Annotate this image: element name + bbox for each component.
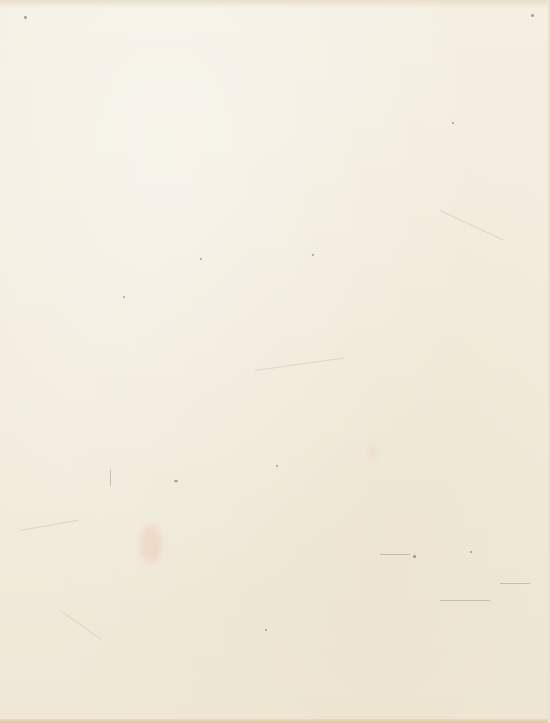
paper-speck — [470, 551, 472, 553]
paper-speck — [531, 14, 534, 17]
paper-top-edge — [0, 0, 548, 8]
paper-speck — [174, 480, 178, 482]
paper-bottom-edge — [0, 719, 548, 723]
paper-crease — [20, 520, 79, 531]
paper-speck — [276, 465, 278, 467]
paper-crease — [60, 610, 102, 639]
blank-paper-sheet — [0, 0, 550, 723]
paper-speck — [200, 258, 202, 260]
paper-faint-mark — [500, 583, 530, 584]
paper-speck — [265, 629, 267, 631]
paper-faint-mark — [110, 470, 111, 486]
paper-speck — [24, 16, 27, 19]
paper-faint-mark — [440, 600, 490, 601]
paper-stain — [140, 525, 162, 563]
paper-speck — [413, 555, 416, 558]
paper-speck — [123, 296, 125, 298]
paper-crease — [440, 210, 504, 240]
paper-stain — [370, 445, 376, 459]
paper-faint-mark — [380, 554, 410, 555]
paper-crease — [255, 357, 344, 371]
paper-speck — [312, 254, 314, 256]
paper-speck — [452, 122, 454, 124]
